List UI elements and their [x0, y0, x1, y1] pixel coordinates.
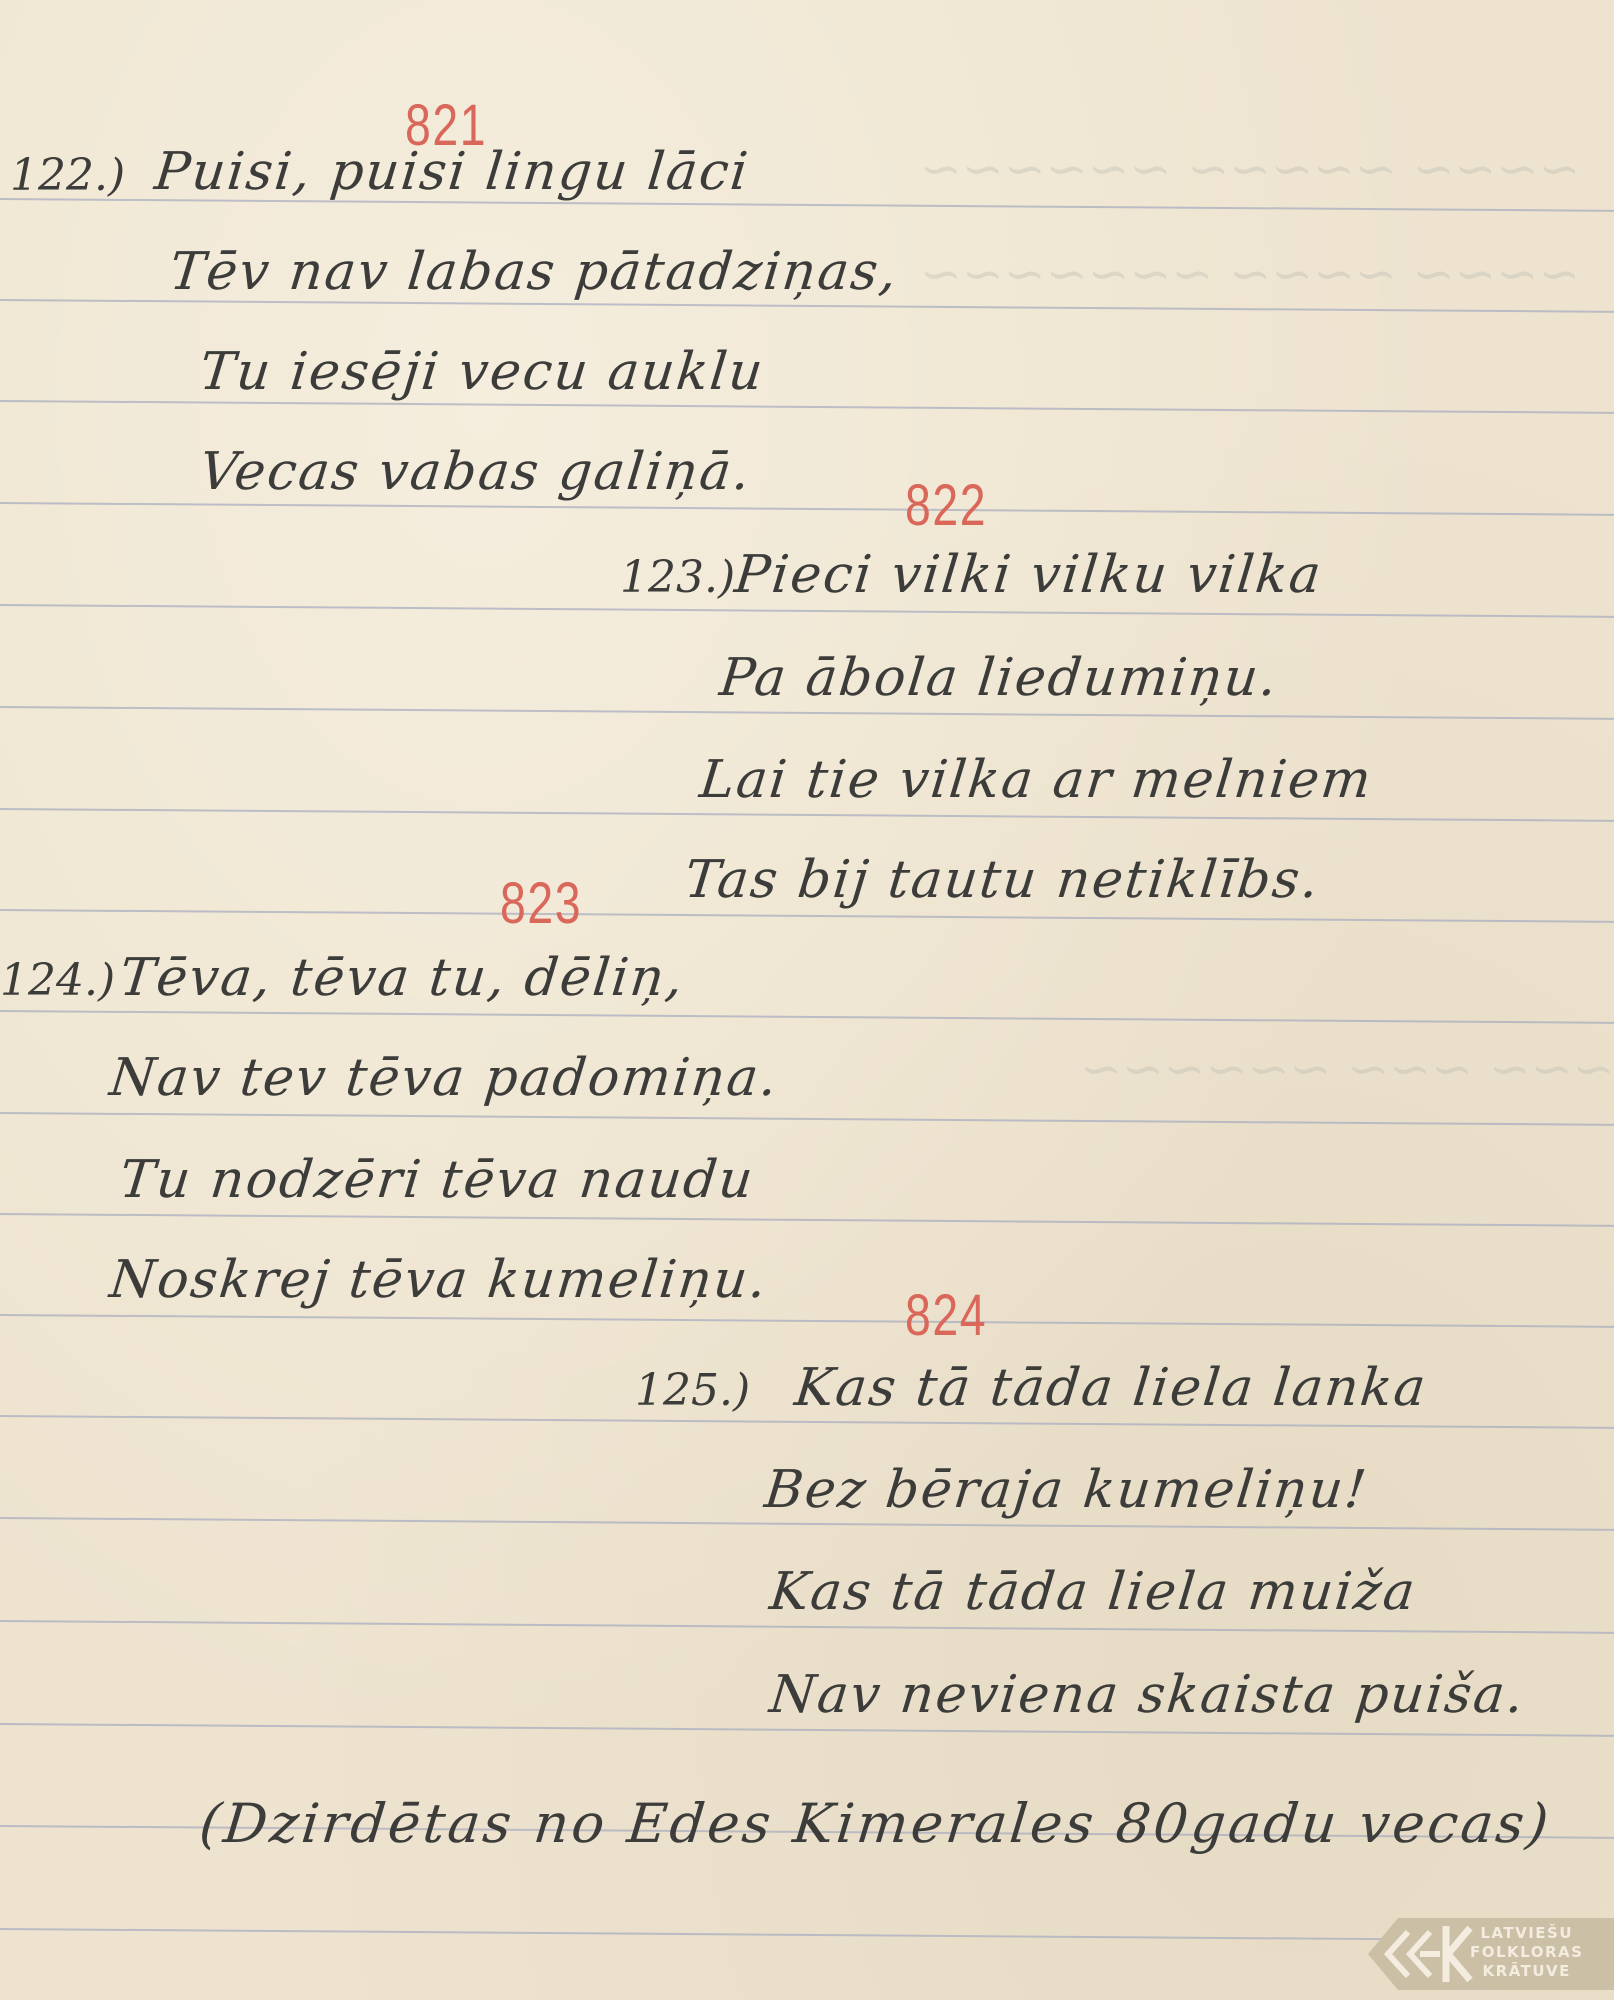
- ruled-line: [0, 502, 1614, 516]
- verse-line: Nav neviena skaista puiša.: [767, 1665, 1528, 1725]
- verse-line: Pieci vilki vilku vilka: [732, 545, 1326, 605]
- ruled-line: [0, 1112, 1614, 1126]
- archive-number: 824: [905, 1282, 987, 1349]
- verse-line: Kas tā tāda liela muiža: [767, 1562, 1420, 1622]
- logo-text-line: LATVIEŠU: [1470, 1924, 1583, 1943]
- verse-line: Tu nodzēri tēva naudu: [117, 1150, 758, 1210]
- verse-line: Lai tie vilka ar melniem: [697, 750, 1376, 810]
- manuscript-page: ~~~~ ~~~~~ ~~~~~~ ~~~~ ~~~~ ~~~~~~~ ~~~~…: [0, 0, 1614, 2000]
- source-note: (Dzirdētas no Edes Kimerales 80gadu veca…: [197, 1792, 1555, 1855]
- verse-line: Bez bēraja kumeliņu!: [762, 1460, 1371, 1520]
- verse-line: Noskrej tēva kumeliņu.: [107, 1250, 771, 1310]
- ruled-line: [0, 808, 1614, 822]
- ruled-line: [0, 1620, 1614, 1634]
- ruled-line: [0, 706, 1614, 720]
- bleed-through-marks: ~~~~ ~~~~ ~~~~~~~: [920, 245, 1580, 303]
- verse-line: Puisi, puisi lingu lāci: [152, 142, 752, 202]
- logo-text-line: KRĀTUVE: [1470, 1962, 1583, 1981]
- ruled-line: [0, 1213, 1614, 1227]
- ruled-line: [0, 1314, 1614, 1328]
- verse-line: Tēva, tēva tu, dēliņ,: [117, 948, 688, 1008]
- verse-line: Tas bij tautu netiklībs.: [682, 850, 1323, 910]
- archive-number: 822: [905, 472, 987, 539]
- verse-line: Vecas vabas galiņā.: [197, 442, 755, 502]
- lfk-logo-text: LATVIEŠU FOLKLORAS KRĀTUVE: [1470, 1924, 1583, 1981]
- verse-line: Kas tā tāda liela lanka: [792, 1358, 1430, 1418]
- ruled-line: [0, 604, 1614, 618]
- logo-text-line: FOLKLORAS: [1470, 1943, 1583, 1962]
- ruled-line: [0, 1010, 1614, 1024]
- bleed-through-marks: ~~~~~ ~~~ ~~~~~~: [1080, 1040, 1614, 1098]
- ruled-line: [0, 400, 1614, 414]
- bleed-through-marks: ~~~~ ~~~~~ ~~~~~~: [920, 140, 1580, 198]
- item-number: 122.): [10, 150, 125, 201]
- ruled-line: [0, 909, 1614, 923]
- verse-line: Tu iesēji vecu auklu: [197, 342, 768, 402]
- verse-line: Pa ābola liedumiņu.: [717, 648, 1282, 708]
- verse-line: Tēv nav labas pātadziņas,: [167, 242, 901, 302]
- ruled-line: [0, 1723, 1614, 1737]
- lfk-watermark-logo: LATVIEŠU FOLKLORAS KRĀTUVE: [1368, 1918, 1614, 1990]
- item-number: 124.): [0, 955, 115, 1006]
- item-number: 125.): [635, 1365, 750, 1416]
- item-number: 123.): [620, 552, 735, 603]
- archive-number: 823: [500, 870, 582, 937]
- verse-line: Nav tev tēva padomiņa.: [107, 1048, 782, 1108]
